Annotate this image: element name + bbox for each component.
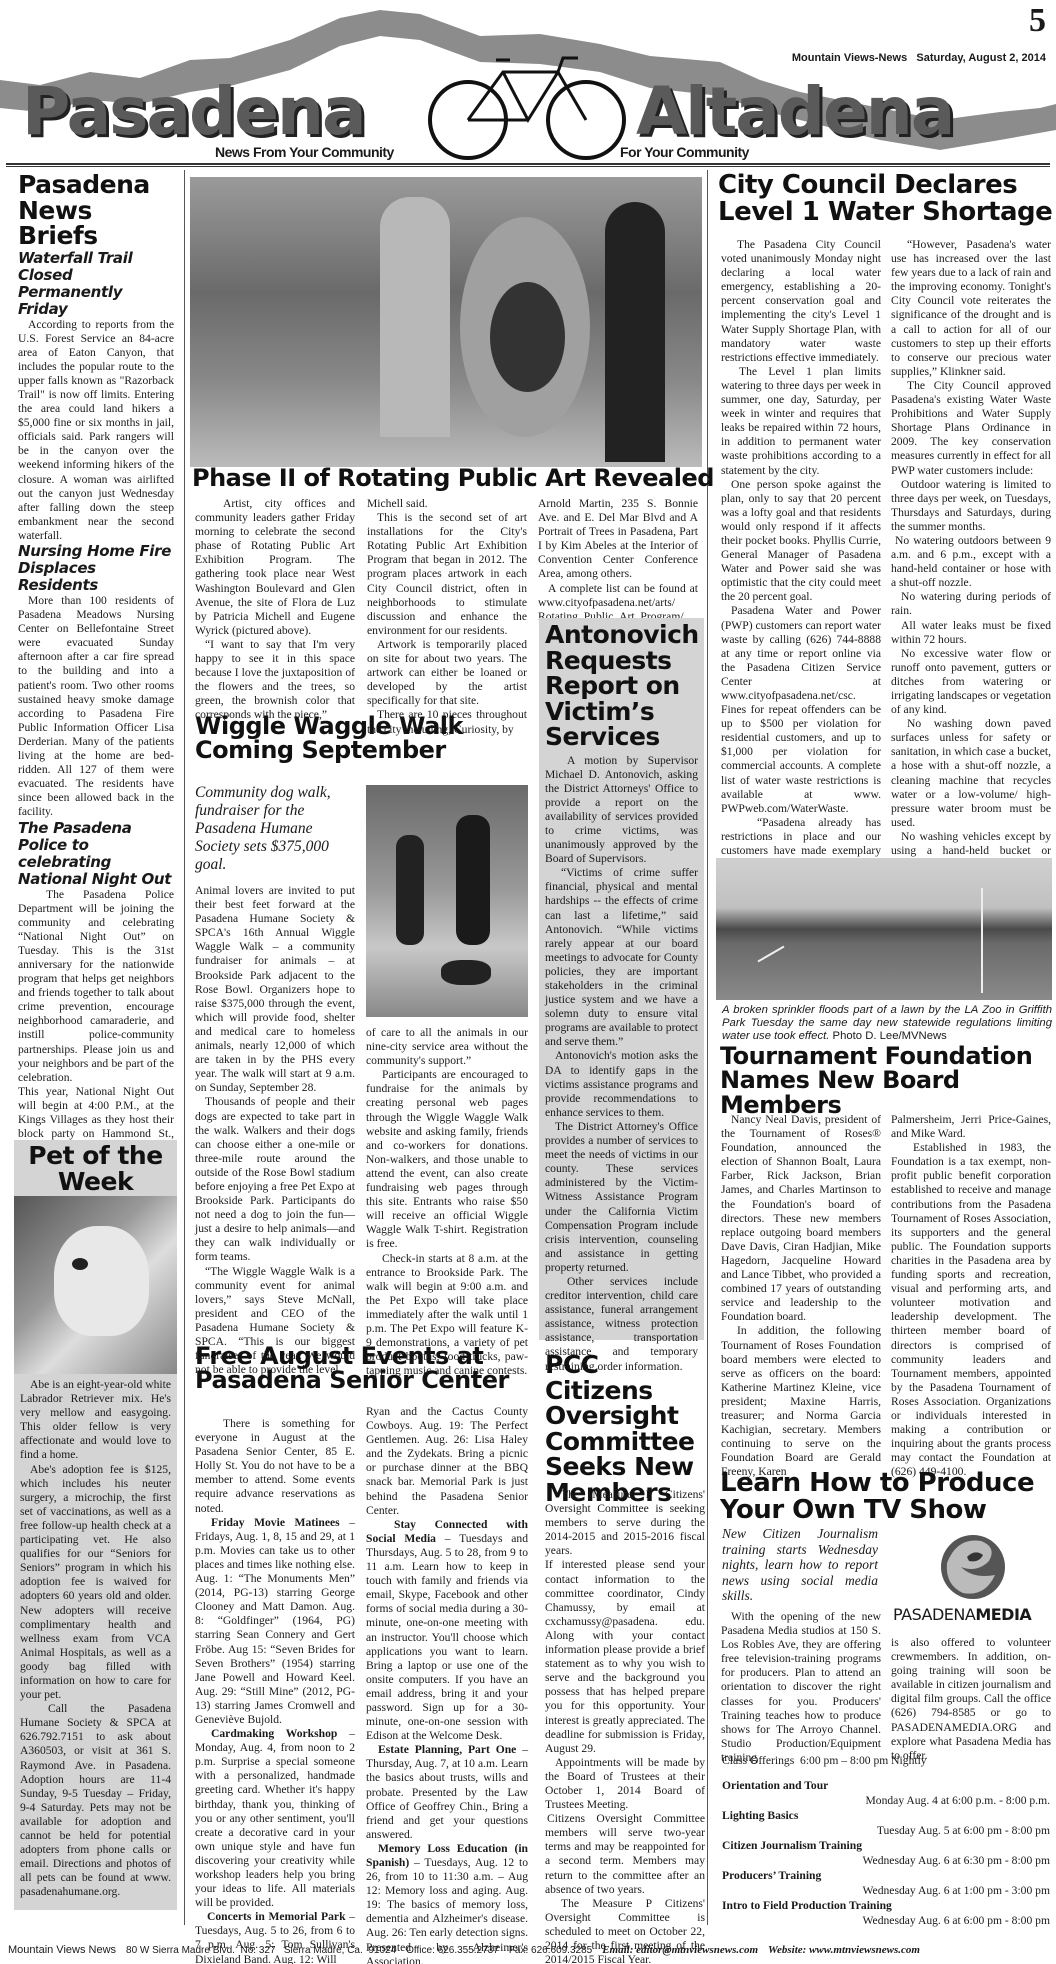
- page-number: 5: [1029, 2, 1046, 40]
- water-column-2: “However, Pasadena's water use has incre…: [891, 238, 1051, 900]
- pet-of-the-week: Pet of the Week Abe is an eight-year-old…: [14, 1140, 177, 1910]
- water-column-1: The Pasadena City Council voted unanimou…: [721, 238, 881, 900]
- footer-fax: Fax: 626.609.3285: [509, 1945, 592, 1956]
- footer-paper-name: Mountain Views News: [8, 1944, 116, 1956]
- wiggle-column-1: Animal lovers are invited to put their b…: [195, 884, 355, 1377]
- pet-title: Pet of the Week: [14, 1140, 177, 1196]
- senior-title: Free August Events at Pasadena Senior Ce…: [195, 1344, 525, 1393]
- pet-photo: [14, 1196, 177, 1374]
- pcc-title: PCC Citizens Oversight Committee Seeks N…: [545, 1352, 705, 1505]
- public-art-photo: [190, 177, 702, 467]
- class-schedule: Orientation and TourMonday Aug. 4 at 6:0…: [722, 1778, 1050, 1928]
- bicycle-icon: [418, 50, 628, 160]
- tv-column-1: With the opening of the new Pasadena Med…: [721, 1610, 881, 1765]
- footer-email[interactable]: Email: editor@mtnviewsnews.com: [602, 1944, 758, 1956]
- masthead: Pasadena Altadena 5 Mountain Views-News …: [0, 0, 1056, 168]
- pasadena-media-logo: PASADENAMEDIA: [893, 1533, 1053, 1623]
- sprinkler-lawn-photo: [716, 858, 1052, 1000]
- issue-date: Saturday, August 2, 2014: [916, 52, 1046, 64]
- art-column-1: Artist, city offices and community leade…: [195, 497, 355, 723]
- art-column-3: Arnold Martin, 235 S. Bonnie Ave. and E.…: [538, 497, 698, 624]
- class-offerings: Class Offerings 6:00 pm – 8:00 pm Nightl…: [722, 1754, 927, 1767]
- photo-caption: A broken sprinkler floods part of a lawn…: [722, 1004, 1052, 1043]
- wiggle-column-2: of care to all the animals in our nine-c…: [366, 1026, 528, 1378]
- footer-office: Office: 626.355.2737: [406, 1945, 499, 1956]
- brief-paragraph: According to reports from the U.S. Fores…: [18, 318, 174, 544]
- wiggle-deck: Community dog walk, fundraiser for the P…: [195, 784, 355, 874]
- pcc-body: The Measure P Citizens' Oversight Commit…: [545, 1488, 705, 1964]
- art-column-2: Michell said. This is the second set of …: [367, 497, 527, 737]
- tagline-left: News From Your Community: [215, 144, 394, 160]
- water-title: City Council Declares Level 1 Water Shor…: [718, 172, 1054, 225]
- brief-paragraph: The Pasadena Police Department will be j…: [18, 888, 174, 1085]
- schedule-item: Lighting BasicsTuesday Aug. 5 at 6:00 pm…: [722, 1808, 1050, 1838]
- dog-walk-photo: [366, 785, 528, 1017]
- brief-paragraph: More than 100 residents of Pasadena Mead…: [18, 594, 174, 820]
- pet-paragraph: Abe's adoption fee is $125, which includ…: [20, 1463, 171, 1703]
- photo-credit: Photo D. Lee/MVNews: [833, 1030, 947, 1042]
- pet-paragraph: Call the Pasadena Humane Society & SPCA …: [20, 1702, 171, 1899]
- column-rule: [707, 170, 708, 1925]
- footer-website[interactable]: Website: www.mtnviewsnews.com: [768, 1944, 920, 1956]
- tagline-right: For Your Community: [620, 144, 749, 160]
- brief-heading: The Pasadena Police to celebrating Natio…: [18, 820, 174, 888]
- briefs-title: Pasadena News Briefs: [18, 172, 174, 249]
- tv-title: Learn How to Produce Your Own TV Show: [720, 1470, 1056, 1523]
- senior-column-1: There is something for everyone in Augus…: [195, 1417, 355, 1964]
- schedule-item: Intro to Field Production TrainingWednes…: [722, 1898, 1050, 1928]
- news-briefs: Pasadena News Briefs Waterfall Trail Clo…: [18, 172, 174, 1226]
- logo-text-pasadena: PASADENA: [893, 1605, 975, 1624]
- senior-column-2: Ryan and the Cactus County Cowboys. Aug.…: [366, 1405, 528, 1964]
- column-rule: [184, 170, 185, 1925]
- brief-heading: Nursing Home Fire Displaces Residents: [18, 543, 174, 594]
- art-title: Phase II of Rotating Public Art Revealed: [192, 466, 714, 490]
- footer-address: 80 W Sierra Madre Blvd. No. 327 Sierra M…: [126, 1945, 396, 1956]
- tv-deck: New Citizen Journalism training starts W…: [722, 1526, 878, 1604]
- schedule-item: Orientation and TourMonday Aug. 4 at 6:0…: [722, 1778, 1050, 1808]
- wiggle-title: Wiggle Waggle Walk Coming September: [195, 714, 525, 763]
- paper-name: Mountain Views-News: [792, 52, 907, 64]
- schedule-item: Producers’ TrainingWednesday Aug. 6 at 1…: [722, 1868, 1050, 1898]
- pet-paragraph: Abe is an eight-year-old white Labrador …: [20, 1378, 171, 1463]
- antonovich-box: Antonovich Requests Report on Victim’s S…: [539, 618, 704, 1340]
- paper-name-date: Mountain Views-News Saturday, August 2, …: [792, 52, 1046, 64]
- schedule-item: Citizen Journalism TrainingWednesday Aug…: [722, 1838, 1050, 1868]
- tournament-column-2: Palmersheim, Jerri Price-Gaines, and Mik…: [891, 1113, 1051, 1479]
- tournament-column-1: Nancy Neal Davis, president of the Tourn…: [721, 1113, 881, 1479]
- footer: Mountain Views News 80 W Sierra Madre Bl…: [8, 1944, 1050, 1956]
- pasadena-media-swirl-icon: [937, 1533, 1009, 1601]
- masthead-title-right: Altadena: [636, 78, 953, 145]
- antonovich-title: Antonovich Requests Report on Victim’s S…: [545, 622, 698, 750]
- brief-heading: Waterfall Trail Closed Permanently Frida…: [18, 250, 174, 318]
- tv-column-2: is also offered to volunteer crewmembers…: [891, 1636, 1051, 1763]
- masthead-rule: [6, 163, 1050, 167]
- logo-text-media: MEDIA: [975, 1605, 1031, 1624]
- masthead-title-left: Pasadena: [22, 78, 365, 145]
- tournament-title: Tournament Foundation Names New Board Me…: [720, 1044, 1056, 1117]
